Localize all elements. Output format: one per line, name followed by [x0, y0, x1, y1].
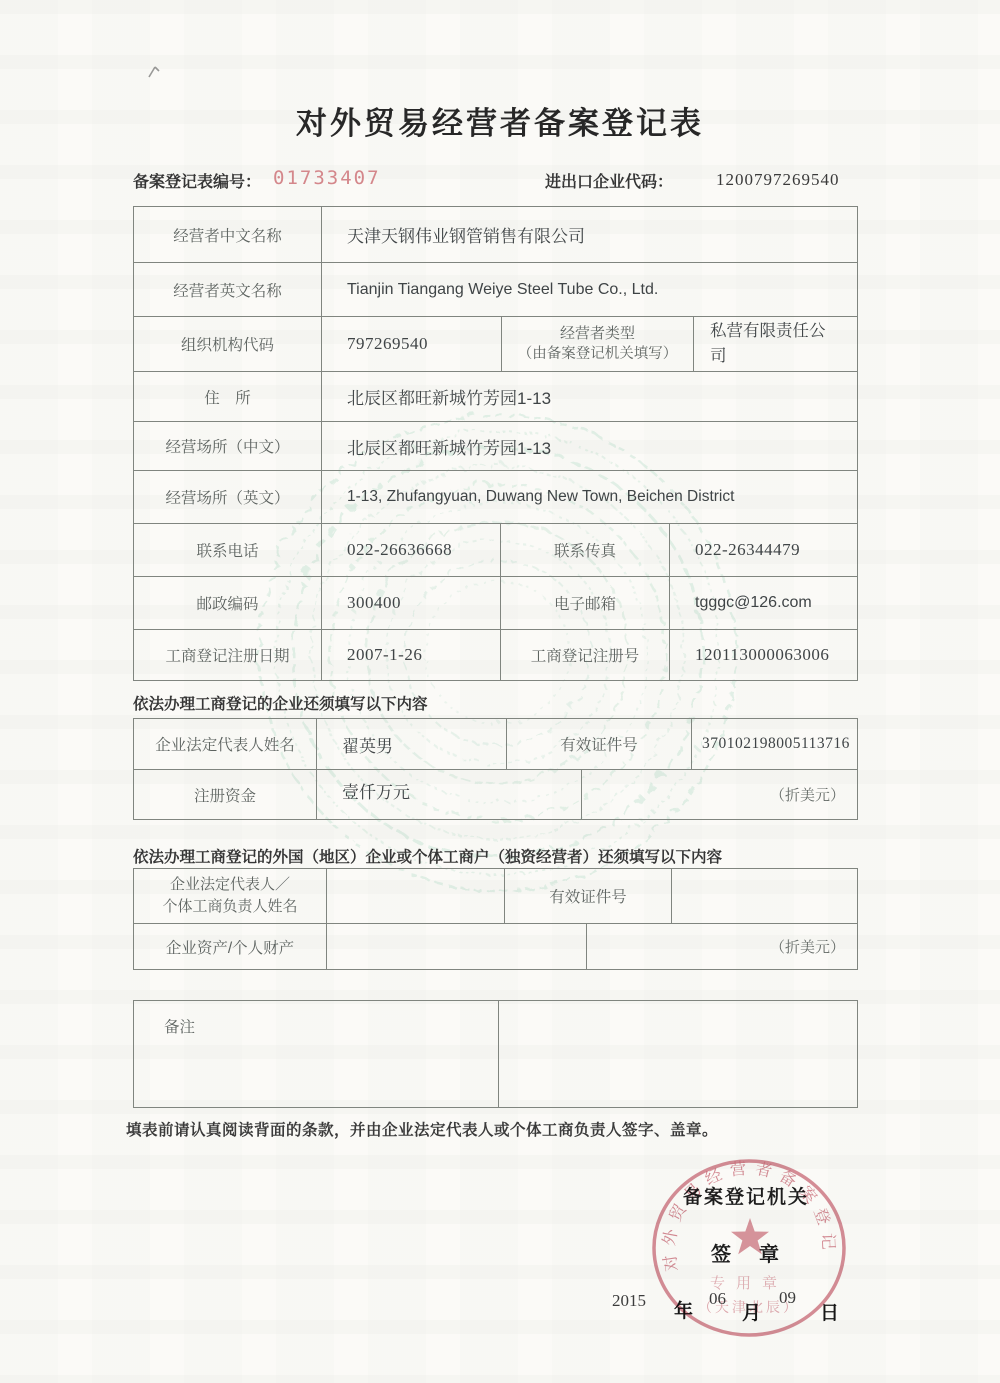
field-label: 经营者中文名称 [134, 207, 321, 262]
field-value: 北辰区都旺新城竹芳园1-13 [321, 372, 857, 421]
field-value: 翟英男 [316, 719, 506, 769]
field-value: Tianjin Tiangang Weiye Steel Tube Co., L… [321, 263, 857, 316]
field-label: 经营场所（英文） [134, 471, 321, 523]
table-row: 企业资产/个人财产 （折美元） [134, 923, 857, 969]
field-value [671, 869, 857, 923]
field-label: 有效证件号 [506, 719, 691, 769]
table-row: 联系电话 022-26636668 联系传真 022-26344479 [134, 523, 857, 576]
field-value: 797269540 [321, 317, 501, 371]
enterprise-code-label: 进出口企业代码： [545, 169, 673, 192]
table-row: 企业法定代表人姓名 翟英男 有效证件号 370102198005113716 [134, 719, 857, 769]
field-value: 北辰区都旺新城竹芳园1-13 [321, 422, 857, 470]
table-row: 经营者英文名称 Tianjin Tiangang Weiye Steel Tub… [134, 262, 857, 316]
field-label: 经营者类型 （由备案登记机关填写） [501, 317, 693, 371]
foreign-enterprise-table: 企业法定代表人／ 个体工商负责人姓名 有效证件号 企业资产/个人财产 （折美元） [133, 868, 858, 970]
section2-heading: 依法办理工商登记的外国（地区）企业或个体工商户（独资经营者）还须填写以下内容 [133, 845, 722, 867]
table-row: 企业法定代表人／ 个体工商负责人姓名 有效证件号 [134, 869, 857, 923]
field-label: 企业资产/个人财产 [134, 924, 326, 969]
field-value [326, 924, 586, 969]
field-label: 邮政编码 [134, 577, 321, 629]
scanned-form-page: 对外贸易经营者备案登记表 备案登记表编号： 01733407 进出口企业代码： … [0, 0, 1000, 1383]
table-row: 工商登记注册日期 2007-1-26 工商登记注册号 1201130000630… [134, 629, 857, 680]
section1-heading: 依法办理工商登记的企业还须填写以下内容 [133, 692, 428, 714]
field-value: 私营有限责任公司 [693, 317, 857, 371]
usd-equivalent-note: （折美元） [581, 770, 857, 819]
table-row: 注册资金 壹仟万元 （折美元） [134, 769, 857, 819]
field-value [326, 869, 504, 923]
field-label: 联系电话 [134, 524, 321, 576]
field-label: 注册资金 [134, 770, 316, 819]
stamp-inner-text: 专用章 [710, 1274, 788, 1292]
field-label: 经营者英文名称 [134, 263, 321, 316]
table-row: 经营者中文名称 天津天钢伟业钢管销售有限公司 [134, 207, 857, 262]
field-label: 有效证件号 [504, 869, 671, 923]
field-label: 电子邮箱 [500, 577, 669, 629]
field-value: 天津天钢伟业钢管销售有限公司 [321, 207, 857, 262]
field-label: 经营场所（中文） [134, 422, 321, 470]
enterprise-code-value: 1200797269540 [716, 170, 840, 190]
table-row: 住 所 北辰区都旺新城竹芳园1-13 [134, 371, 857, 421]
star-icon [731, 1218, 769, 1254]
form-number-value: 01733407 [273, 167, 381, 189]
field-label: 住 所 [134, 372, 321, 421]
remarks-table: 备注 [133, 1000, 858, 1108]
stamp-arc-text: 对外贸易经营者备案登记 [659, 1158, 838, 1272]
field-value: 022-26344479 [669, 524, 857, 576]
field-value: 120113000063006 [669, 630, 857, 680]
form-title: 对外贸易经营者备案登记表 [0, 98, 1000, 143]
field-value: 1-13, Zhufangyuan, Duwang New Town, Beic… [321, 471, 857, 523]
footer-instruction: 填表前请认真阅读背面的条款，并由企业法定代表人或个体工商负责人签字、盖章。 [126, 1118, 718, 1140]
main-info-table: 经营者中文名称 天津天钢伟业钢管销售有限公司 经营者英文名称 Tianjin T… [133, 206, 858, 681]
pen-mark [146, 64, 164, 82]
field-value: 壹仟万元 [316, 770, 581, 819]
field-label: 工商登记注册号 [500, 630, 669, 680]
field-label-line2: （由备案登记机关填写） [518, 344, 678, 365]
form-number-label: 备案登记表编号： [133, 169, 261, 192]
remarks-value-cell [498, 1001, 857, 1107]
field-label: 组织机构代码 [134, 317, 321, 371]
table-row: 组织机构代码 797269540 经营者类型 （由备案登记机关填写） 私营有限责… [134, 316, 857, 371]
stamp-region-text: （天津北辰） [698, 1299, 800, 1315]
field-value: 022-26636668 [321, 524, 500, 576]
usd-equivalent-note: （折美元） [586, 924, 857, 969]
field-label: 企业法定代表人姓名 [134, 719, 316, 769]
field-label-line1: 经营者类型 [560, 323, 635, 345]
field-value: tgggc@126.com [669, 577, 857, 629]
date-year: 2015 [612, 1291, 646, 1311]
field-value: 2007-1-26 [321, 630, 500, 680]
field-label: 工商登记注册日期 [134, 630, 321, 680]
official-red-stamp: 对外贸易经营者备案登记 专用章 （天津北辰） [645, 1152, 855, 1347]
field-value: 370102198005113716 [691, 719, 857, 769]
table-row: 经营场所（中文） 北辰区都旺新城竹芳园1-13 [134, 421, 857, 470]
table-row: 邮政编码 300400 电子邮箱 tgggc@126.com [134, 576, 857, 629]
field-label: 企业法定代表人／ 个体工商负责人姓名 [134, 869, 326, 923]
domestic-enterprise-table: 企业法定代表人姓名 翟英男 有效证件号 370102198005113716 注… [133, 718, 858, 820]
remarks-label: 备注 [134, 1001, 498, 1107]
table-row: 备注 [134, 1001, 857, 1107]
table-row: 经营场所（英文） 1-13, Zhufangyuan, Duwang New T… [134, 470, 857, 523]
field-label: 联系传真 [500, 524, 669, 576]
field-value: 300400 [321, 577, 500, 629]
